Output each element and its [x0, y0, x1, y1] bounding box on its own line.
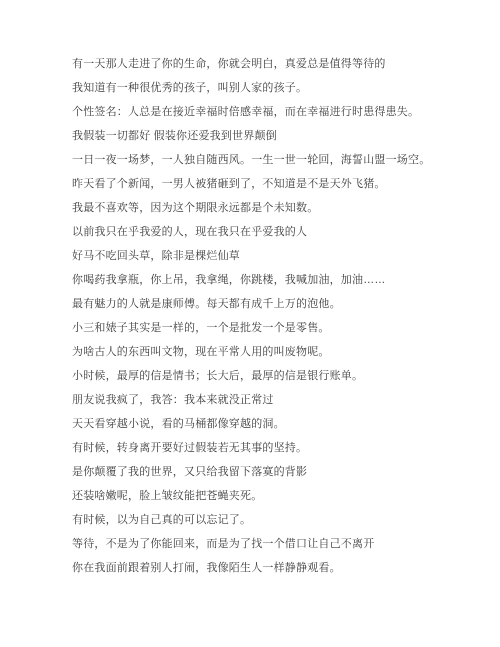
text-line: 你喝药我拿瓶，你上吊，我拿绳，你跳楼，我喊加油，加油……: [72, 268, 472, 292]
text-line: 小时候，最厚的信是情书；长大后，最厚的信是银行账单。: [72, 364, 472, 388]
text-line: 天天看穿越小说，看的马桶都像穿越的洞。: [72, 412, 472, 436]
document-page: 有一天那人走进了你的生命，你就会明白，真爱总是值得等待的 我知道有一种很优秀的孩…: [0, 0, 500, 647]
text-line: 有时候，转身离开要好过假装若无其事的坚持。: [72, 436, 472, 460]
text-line: 等待，不是为了你能回来，而是为了找一个借口让自己不离开: [72, 532, 472, 556]
text-line: 有时候，以为自己真的可以忘记了。: [72, 508, 472, 532]
text-line: 小三和婊子其实是一样的，一个是批发一个是零售。: [72, 316, 472, 340]
text-line: 是你颠覆了我的世界，又只给我留下落寞的背影: [72, 460, 472, 484]
text-line: 个性签名：人总是在接近幸福时倍感幸福，而在幸福进行时患得患失。: [72, 100, 472, 124]
text-line: 为啥古人的东西叫文物，现在平常人用的叫废物呢。: [72, 340, 472, 364]
text-line: 一日一夜一场梦，一人独自随西风。一生一世一轮回，海誓山盟一场空。: [72, 148, 472, 172]
text-line: 有一天那人走进了你的生命，你就会明白，真爱总是值得等待的: [72, 52, 472, 76]
text-line: 朋友说我疯了，我答：我本来就没正常过: [72, 388, 472, 412]
text-line: 好马不吃回头草，除非是棵烂仙草: [72, 244, 472, 268]
text-line: 你在我面前跟着别人打闹，我像陌生人一样静静观看。: [72, 556, 472, 580]
text-line: 以前我只在乎我爱的人，现在我只在乎爱我的人: [72, 220, 472, 244]
text-line: 昨天看了个新闻，一男人被猪砸到了，不知道是不是天外飞猪。: [72, 172, 472, 196]
text-line: 最有魅力的人就是康师傅。每天都有成千上万的泡他。: [72, 292, 472, 316]
text-line: 我假装一切都好 假装你还爱我到世界颠倒: [72, 124, 472, 148]
text-line: 我知道有一种很优秀的孩子，叫别人家的孩子。: [72, 76, 472, 100]
text-line: 我最不喜欢等，因为这个期限永远都是个未知数。: [72, 196, 472, 220]
text-line: 还装啥嫩呢，脸上皱纹能把苍蝇夹死。: [72, 484, 472, 508]
